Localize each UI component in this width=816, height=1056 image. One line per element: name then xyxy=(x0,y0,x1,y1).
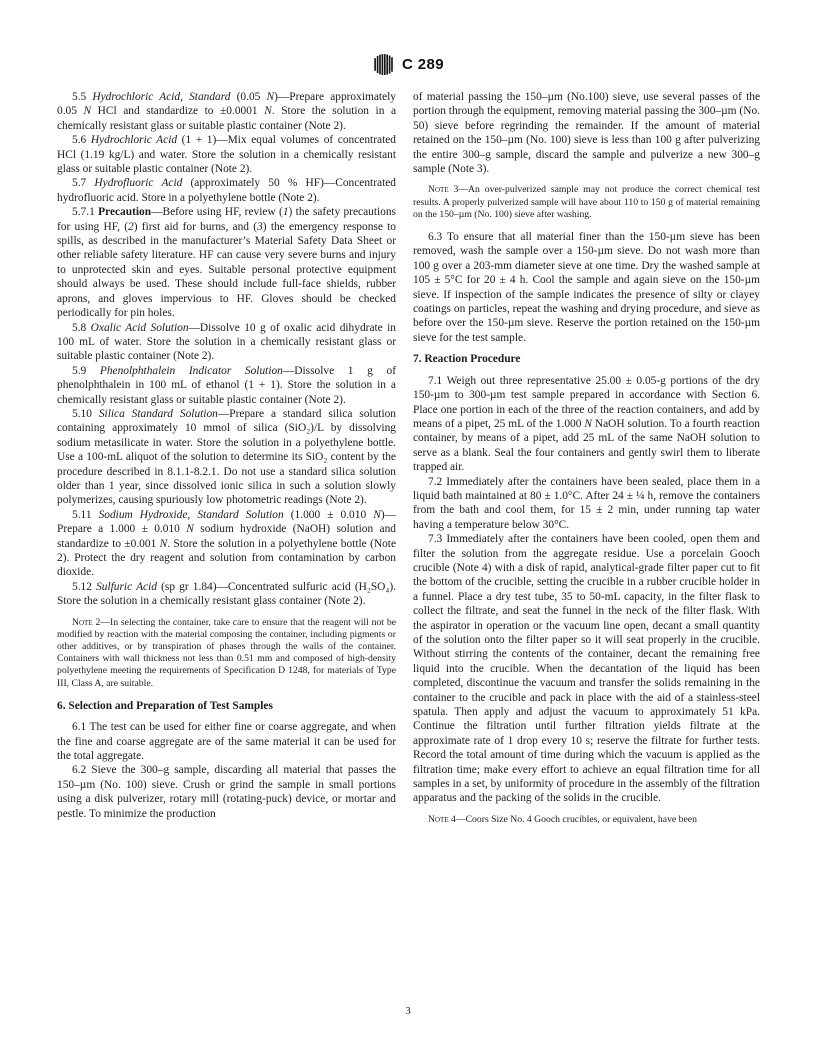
body-paragraph: 5.7.1 Precaution—Before using HF, review… xyxy=(57,205,396,320)
text-segment: HCl and standardize to ±0.0001 xyxy=(91,105,264,117)
text-segment: Note xyxy=(72,617,93,628)
text-segment: 6.2 Sieve the 300–g sample, discarding a… xyxy=(57,764,396,819)
text-segment: Precaution xyxy=(98,206,151,218)
body-paragraph: 5.9 Phenolphthalein Indicator Solution—D… xyxy=(57,364,396,407)
body-paragraph: 6.2 Sieve the 300–g sample, discarding a… xyxy=(57,763,396,821)
text-segment: Silica Standard Solution xyxy=(99,408,218,420)
body-paragraph: 5.12 Sulfuric Acid (sp gr 1.84)—Concentr… xyxy=(57,580,396,609)
text-segment: 5.10 xyxy=(72,408,99,420)
text-segment: N xyxy=(373,509,381,521)
body-paragraph: 5.10 Silica Standard Solution—Prepare a … xyxy=(57,407,396,508)
note-paragraph: Note 2—In selecting the container, take … xyxy=(57,617,396,690)
text-segment: 5.5 xyxy=(72,91,92,103)
text-segment: —Prepare a standard silica solution cont… xyxy=(57,408,396,506)
body-paragraph: 7.2 Immediately after the containers hav… xyxy=(413,475,760,533)
body-paragraph: 6.3 To ensure that all material finer th… xyxy=(413,230,760,345)
body-paragraph: 5.6 Hydrochloric Acid (1 + 1)—Mix equal … xyxy=(57,133,396,176)
text-segment: 5.12 xyxy=(72,581,96,593)
body-paragraph: 7.3 Immediately after the containers hav… xyxy=(413,532,760,806)
page-number: 3 xyxy=(405,1006,410,1017)
text-segment: Sodium Hydroxide, Standard Solution xyxy=(99,509,284,521)
text-segment: 4—Coors Size No. 4 Gooch crucibles, or e… xyxy=(449,814,697,825)
note-paragraph: Note 3—An over-pulverized sample may not… xyxy=(413,184,760,221)
text-segment: 5.8 xyxy=(72,322,91,334)
text-segment: Hydrochloric Acid, Standard xyxy=(92,91,230,103)
text-segment: 5.7 xyxy=(72,177,94,189)
text-segment: N xyxy=(84,105,92,117)
text-segment: 2—In selecting the container, take care … xyxy=(57,617,396,689)
body-paragraph: 5.11 Sodium Hydroxide, Standard Solution… xyxy=(57,508,396,580)
text-segment: Sulfuric Acid xyxy=(96,581,157,593)
text-segment: N xyxy=(266,91,274,103)
text-segment: 7. Reaction Procedure xyxy=(413,353,520,365)
text-segment: Hydrochloric Acid xyxy=(91,134,177,146)
text-segment: 5.11 xyxy=(72,509,99,521)
text-segment: Hydrofluoric Acid xyxy=(94,177,182,189)
text-segment: ) the emergency response to spills, as d… xyxy=(57,221,396,319)
body-paragraph: of material passing the 150–µm (No.100) … xyxy=(413,90,760,176)
text-segment: 6.3 To ensure that all material finer th… xyxy=(413,231,760,344)
body-paragraph: 5.8 Oxalic Acid Solution—Dissolve 10 g o… xyxy=(57,321,396,364)
text-segment: 6.1 The test can be used for either fine… xyxy=(57,721,396,762)
left-column: 5.5 Hydrochloric Acid, Standard (0.05 N)… xyxy=(57,90,396,821)
section-heading: 7. Reaction Procedure xyxy=(413,352,760,366)
text-segment: 5.6 xyxy=(72,134,91,146)
page-header: C 289 xyxy=(0,53,816,76)
text-segment: N xyxy=(186,523,194,535)
text-segment: 3—An over-pulverized sample may not prod… xyxy=(413,184,760,219)
text-segment: 5.9 xyxy=(72,365,100,377)
text-segment: N xyxy=(584,418,592,430)
text-segment: (1.000 ± 0.010 xyxy=(284,509,374,521)
right-column: of material passing the 150–µm (No.100) … xyxy=(413,90,760,835)
text-segment: 7.2 Immediately after the containers hav… xyxy=(413,476,760,531)
body-paragraph: 6.1 The test can be used for either fine… xyxy=(57,720,396,763)
text-segment: ) first aid for burns, and ( xyxy=(134,221,257,233)
section-heading: 6. Selection and Preparation of Test Sam… xyxy=(57,699,396,713)
text-segment: 7.3 Immediately after the containers hav… xyxy=(413,533,760,804)
text-segment: N xyxy=(264,105,272,117)
text-segment: (0.05 xyxy=(230,91,266,103)
standard-code: C 289 xyxy=(402,56,444,73)
text-segment: of material passing the 150–µm (No.100) … xyxy=(413,91,760,175)
page-footer: 3 xyxy=(0,1006,816,1017)
body-paragraph: 5.7 Hydrofluoric Acid (approximately 50 … xyxy=(57,176,396,205)
text-segment: Phenolphthalein Indicator Solution xyxy=(100,365,283,377)
text-segment: —Before using HF, review ( xyxy=(151,206,283,218)
astm-seal-logo-icon xyxy=(372,53,395,76)
note-paragraph: Note 4—Coors Size No. 4 Gooch crucibles,… xyxy=(413,814,760,826)
body-paragraph: 5.5 Hydrochloric Acid, Standard (0.05 N)… xyxy=(57,90,396,133)
body-paragraph: 7.1 Weigh out three representative 25.00… xyxy=(413,374,760,475)
text-segment: 5.7.1 xyxy=(72,206,98,218)
text-segment: Note xyxy=(428,814,449,825)
text-segment: Oxalic Acid Solution xyxy=(91,322,189,334)
text-segment: Note xyxy=(428,184,449,195)
text-segment: 6. Selection and Preparation of Test Sam… xyxy=(57,700,273,712)
